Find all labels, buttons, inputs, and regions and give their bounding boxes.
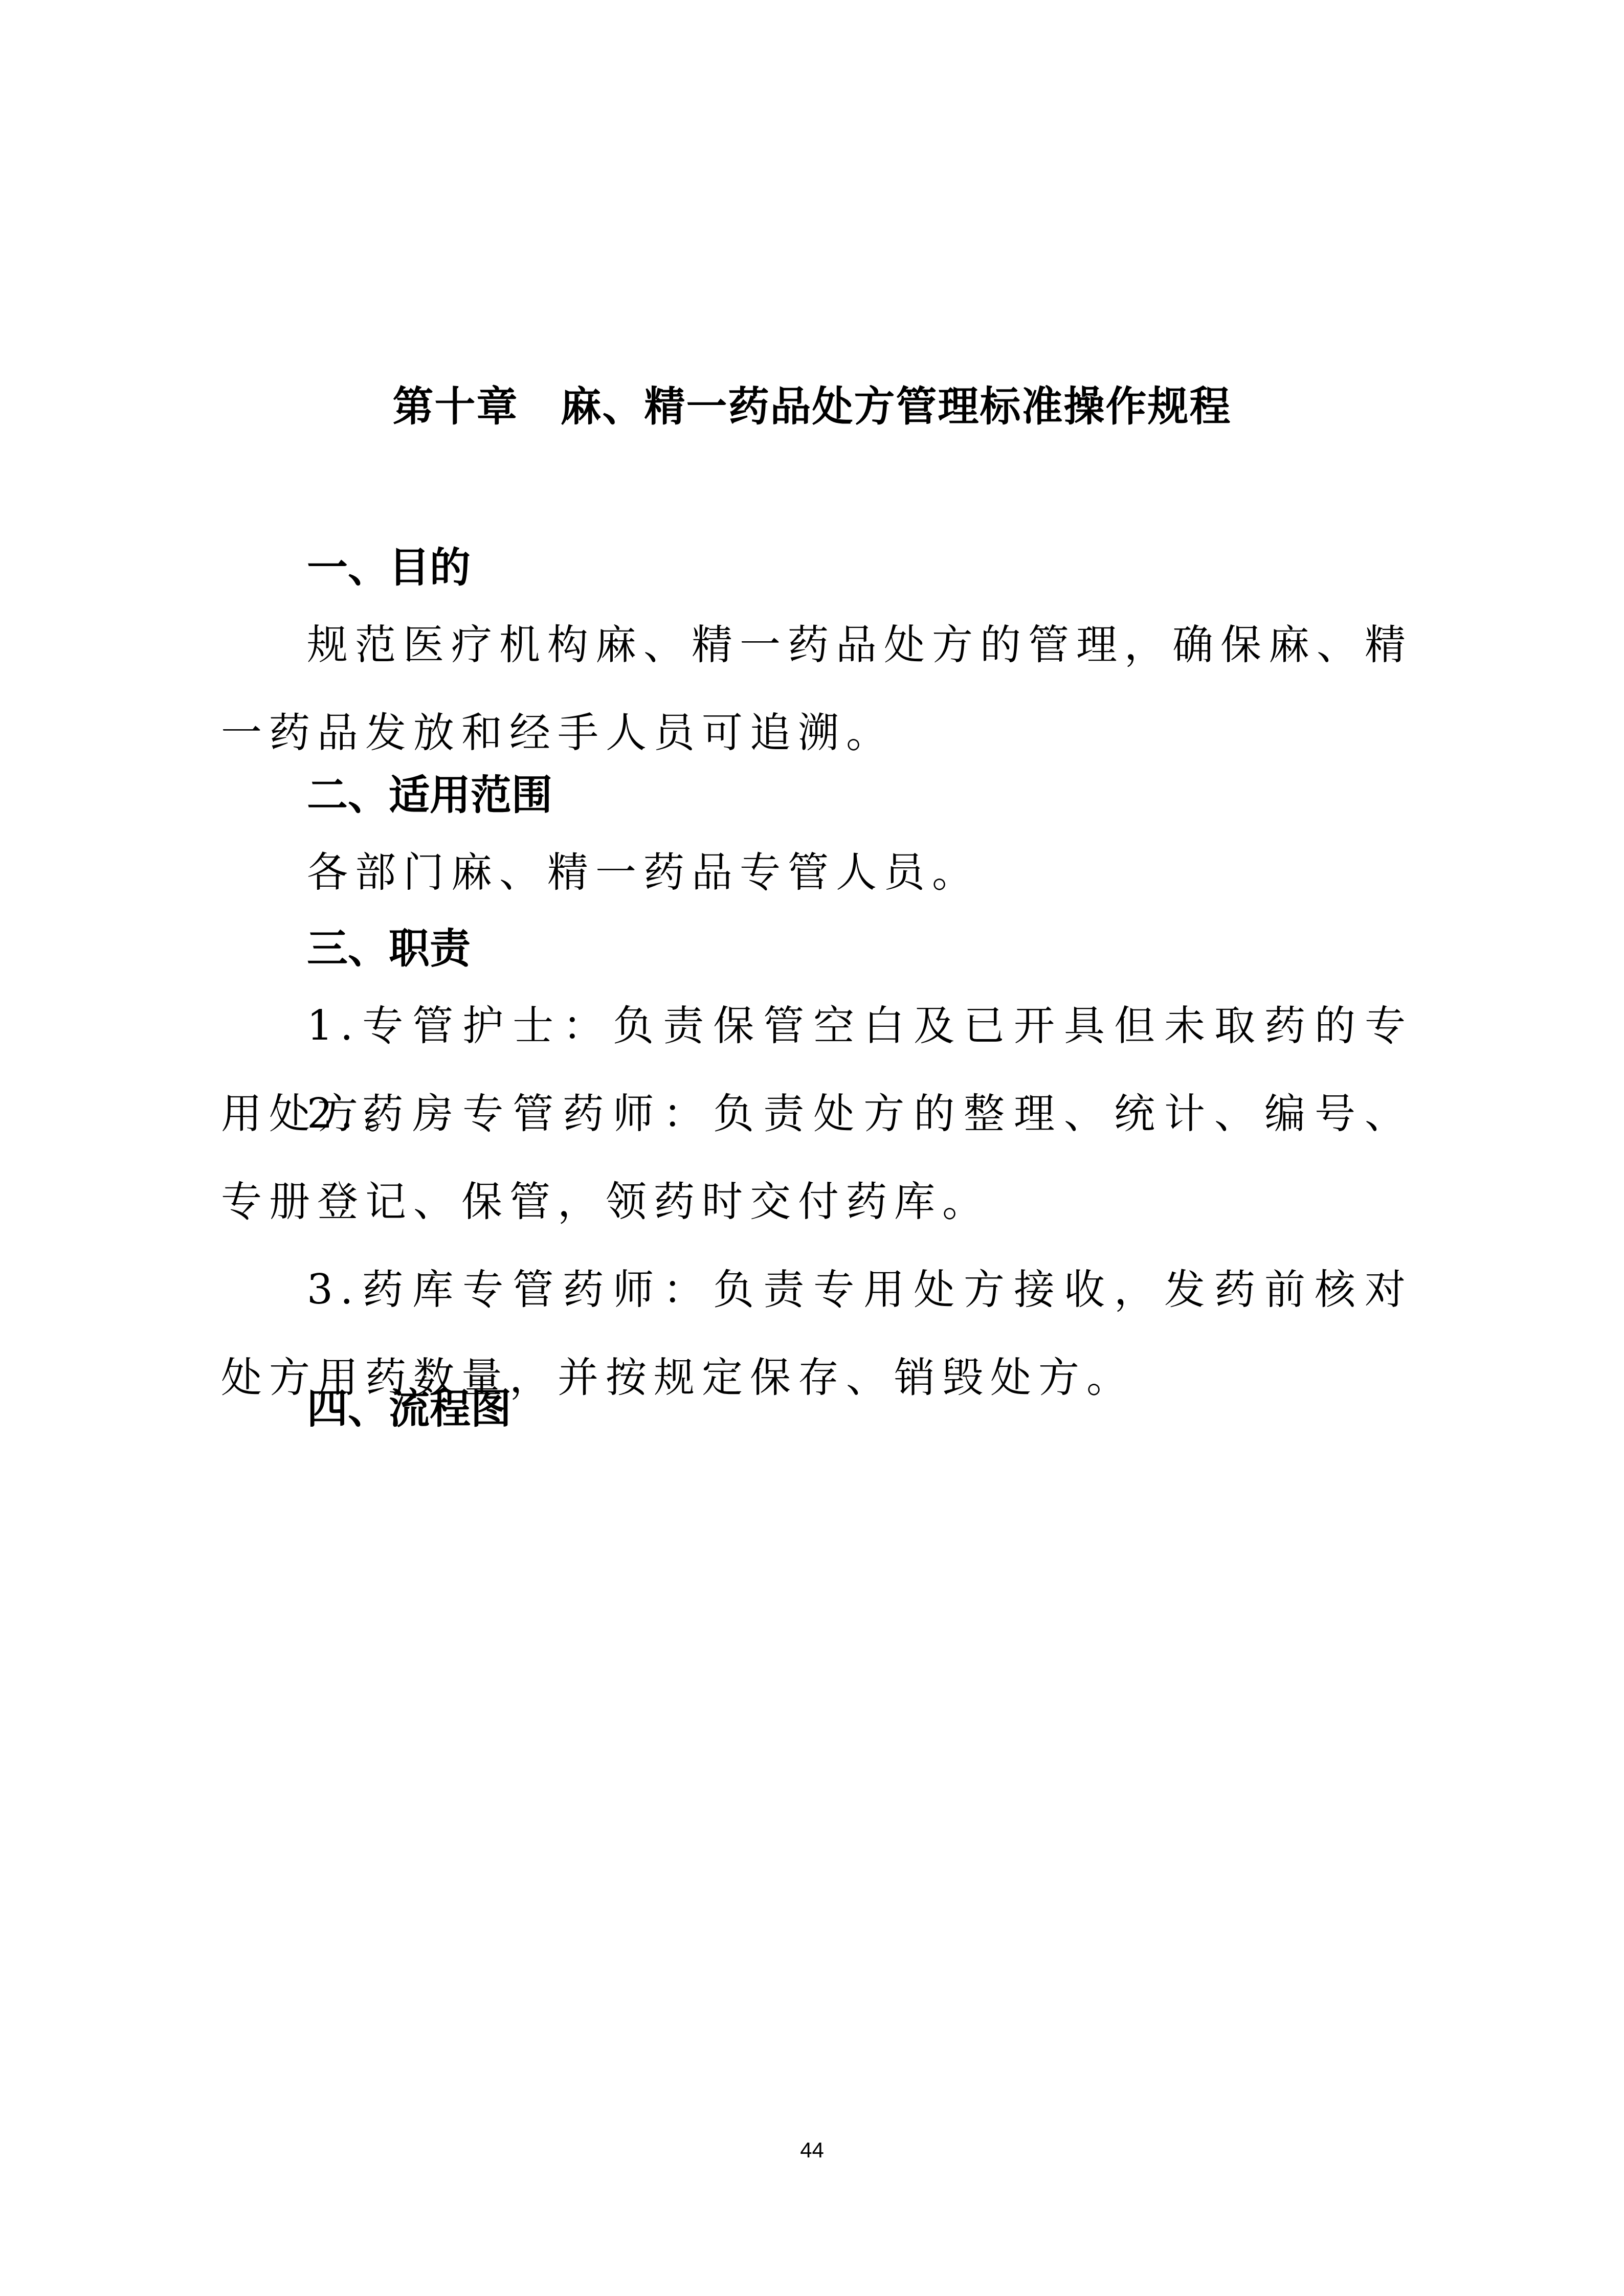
- section-heading-purpose: 一、目的: [307, 539, 471, 596]
- section-heading-responsibilities: 三、职责: [307, 920, 471, 977]
- section-paragraph-purpose: 规范医疗机构麻、精一药品处方的管理，确保麻、精一药品发放和经手人员可追溯。: [221, 601, 1413, 777]
- responsibility-item-pharmacy: 2.药房专管药师：负责处方的整理、统计、编号、专册登记、保管，领药时交付药库。: [221, 1070, 1413, 1246]
- chapter-title: 第十章 麻、精一药品处方管理标准操作规程: [0, 378, 1624, 435]
- document-page: 第十章 麻、精一药品处方管理标准操作规程 一、目的 规范医疗机构麻、精一药品处方…: [0, 0, 1624, 2296]
- page-number: 44: [0, 2137, 1624, 2163]
- section-heading-scope: 二、适用范围: [307, 767, 552, 823]
- section-heading-flowchart: 四、流程图: [307, 1381, 511, 1437]
- section-paragraph-scope: 各部门麻、精一药品专管人员。: [221, 828, 1413, 916]
